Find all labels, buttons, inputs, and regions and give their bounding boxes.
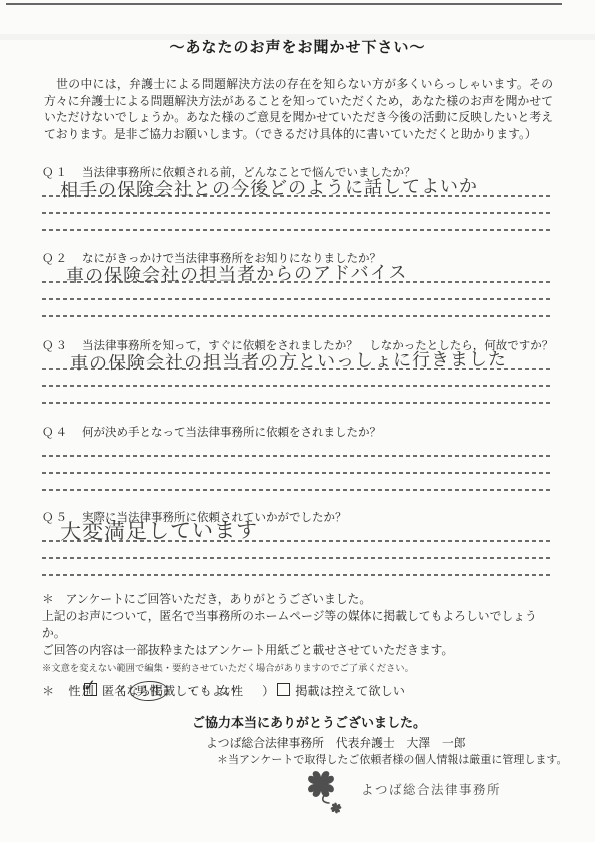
scan-artifact-line xyxy=(6,3,562,5)
answer-line xyxy=(42,559,553,576)
question-block-3: Ｑ３当法律事務所を知って，すぐに依頼をされましたか？ しなかったとしたら，何故で… xyxy=(42,337,553,404)
gender-paren-close: ） xyxy=(262,684,275,698)
consent-note: ※文意を変えない範囲で編集・要約させていただく場合がありますのでご了承ください。 xyxy=(42,661,557,678)
firm-logo-name: よつば総合法律事務所 xyxy=(361,780,501,798)
footer-firm-line: よつば総合法律事務所 代表弁護士 大澤 一郎 xyxy=(206,734,466,751)
handwritten-answer: 車の保険会社の担当者の方といっしょに行きました xyxy=(70,345,507,376)
checkbox-no-publish[interactable]: ✓ xyxy=(277,683,290,696)
answer-line xyxy=(42,387,553,404)
question-block-4: Ｑ４何が決め手となって当法律事務所に依頼をされましたか？ xyxy=(42,424,553,491)
scanned-questionnaire-page: ～あなたのお声をお聞かせ下さい～ 世の中には，弁護士による問題解決方法の存在を知… xyxy=(0,0,595,842)
answer-line xyxy=(42,440,553,457)
option-no-publish[interactable]: ✓ 掲載は控えて欲しい xyxy=(277,684,405,698)
consent-thanks: ＊ アンケートにご回答いただき，ありがとうございました。 xyxy=(42,591,557,608)
answer-line xyxy=(42,300,553,317)
handwritten-answer: 大変満足しています xyxy=(60,514,258,546)
answer-line xyxy=(42,474,553,491)
gender-separator: ・ xyxy=(186,684,199,698)
gender-prefix: ＊ 性別 xyxy=(42,684,95,698)
question-block-1: Ｑ１当法律事務所に依頼される前，どんなことで悩んでいましたか？ 相手の保険会社と… xyxy=(42,164,553,231)
question-text: 何が決め手となって当法律事務所に依頼をされましたか？ xyxy=(82,427,381,439)
handwritten-answer: 相手の保険会社との今後どのように話してよいか xyxy=(60,172,478,202)
four-leaf-clover-icon xyxy=(303,768,355,816)
question-label: Ｑ４ xyxy=(42,424,82,440)
gender-row: ＊ 性別 （ 男性 ・ 女性 ） xyxy=(42,681,275,701)
question-block-2: Ｑ２なにがきっかけで当法律事務所をお知りになりましたか？ 車の保険会社の担当者か… xyxy=(42,250,553,317)
option-label: 掲載は控えて欲しい xyxy=(295,684,405,698)
page-title: ～あなたのお声をお聞かせ下さい～ xyxy=(0,36,595,57)
gender-male-circled[interactable]: 男性 xyxy=(130,680,169,701)
gender-paren-open: （ xyxy=(113,684,126,698)
intro-paragraph: 世の中には，弁護士による問題解決方法の存在を知らない方が多くいらっしゃいます。そ… xyxy=(44,76,553,142)
consent-line2: 上記のお声について，匿名で当事務所のホームページ等の媒体に掲載してもよろしいでし… xyxy=(42,608,557,642)
question-head: Ｑ４何が決め手となって当法律事務所に依頼をされましたか？ xyxy=(42,424,553,437)
handwritten-answer: 車の保険会社の担当者からのアドバイス xyxy=(66,258,408,288)
answer-line xyxy=(42,214,553,231)
gender-female[interactable]: 女性 xyxy=(218,684,244,698)
footer-thanks: ご協力本当にありがとうございました。 xyxy=(192,712,426,731)
consent-line3: ご回答の内容は一部抜粋またはアンケート用紙ごと載せさせていただきます。 xyxy=(42,642,557,659)
firm-logo-block: よつば総合法律事務所 xyxy=(303,768,583,816)
footer-privacy-note: ＊当アンケートで取得したご依頼者様の個人情報は厳重に管理します。 xyxy=(217,751,567,767)
question-block-5: Ｑ５実際に当法律事務所に依頼されていかがでしたか？ 大変満足しています xyxy=(42,509,553,576)
answer-line xyxy=(42,457,553,474)
